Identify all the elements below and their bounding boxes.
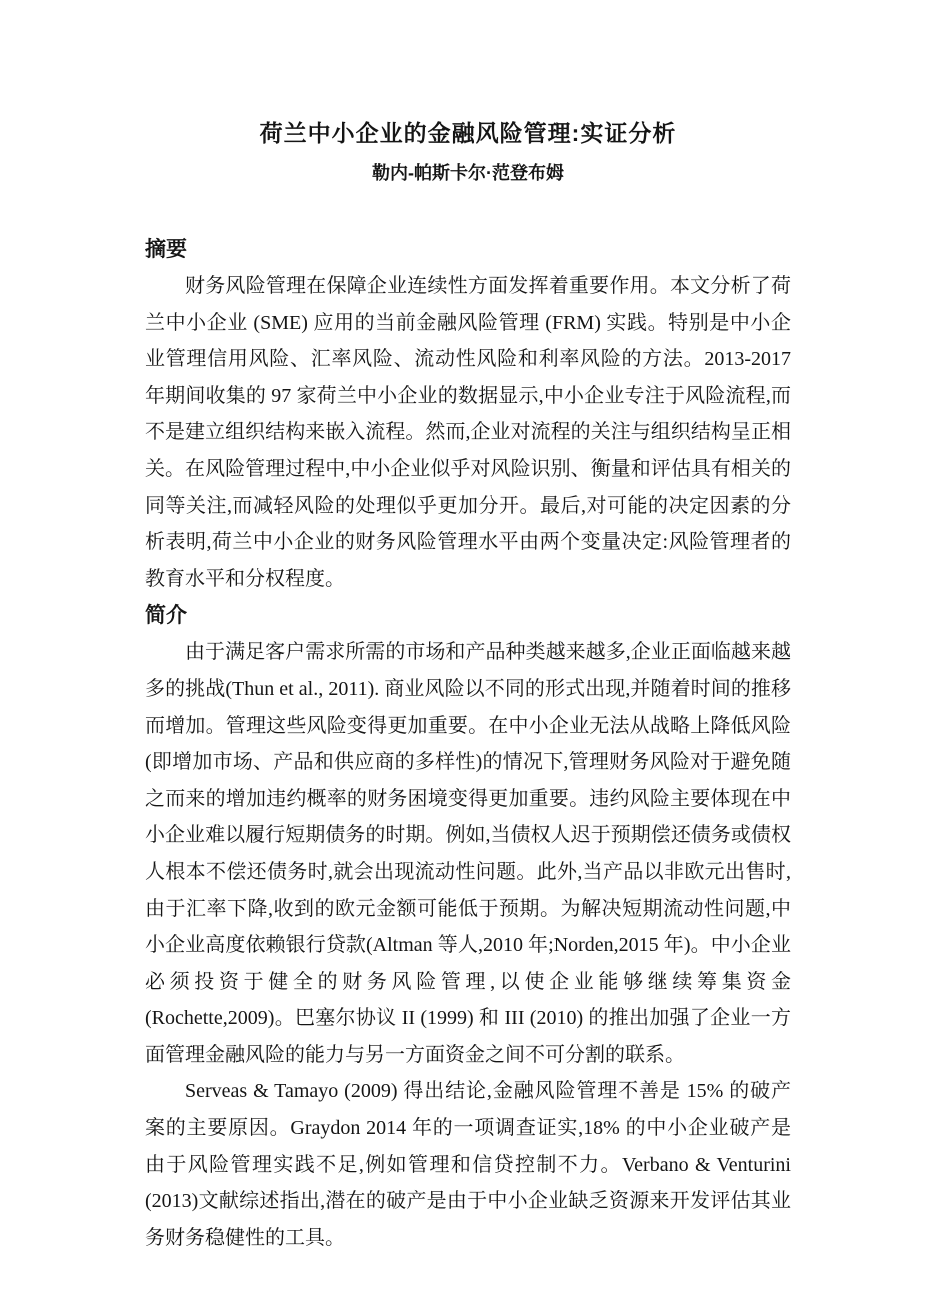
document-page: 荷兰中小企业的金融风险管理:实证分析 勒内-帕斯卡尔·范登布姆 摘要 财务风险管… xyxy=(145,118,791,1256)
document-author: 勒内-帕斯卡尔·范登布姆 xyxy=(145,161,791,185)
introduction-heading: 简介 xyxy=(145,597,791,634)
introduction-paragraph-2: Serveas & Tamayo (2009) 得出结论,金融风险管理不善是 1… xyxy=(145,1073,791,1256)
abstract-heading: 摘要 xyxy=(145,231,791,268)
document-title: 荷兰中小企业的金融风险管理:实证分析 xyxy=(145,118,791,148)
introduction-paragraph-1: 由于满足客户需求所需的市场和产品种类越来越多,企业正面临越来越多的挑战(Thun… xyxy=(145,634,791,1073)
abstract-paragraph: 财务风险管理在保障企业连续性方面发挥着重要作用。本文分析了荷兰中小企业 (SME… xyxy=(145,268,791,597)
